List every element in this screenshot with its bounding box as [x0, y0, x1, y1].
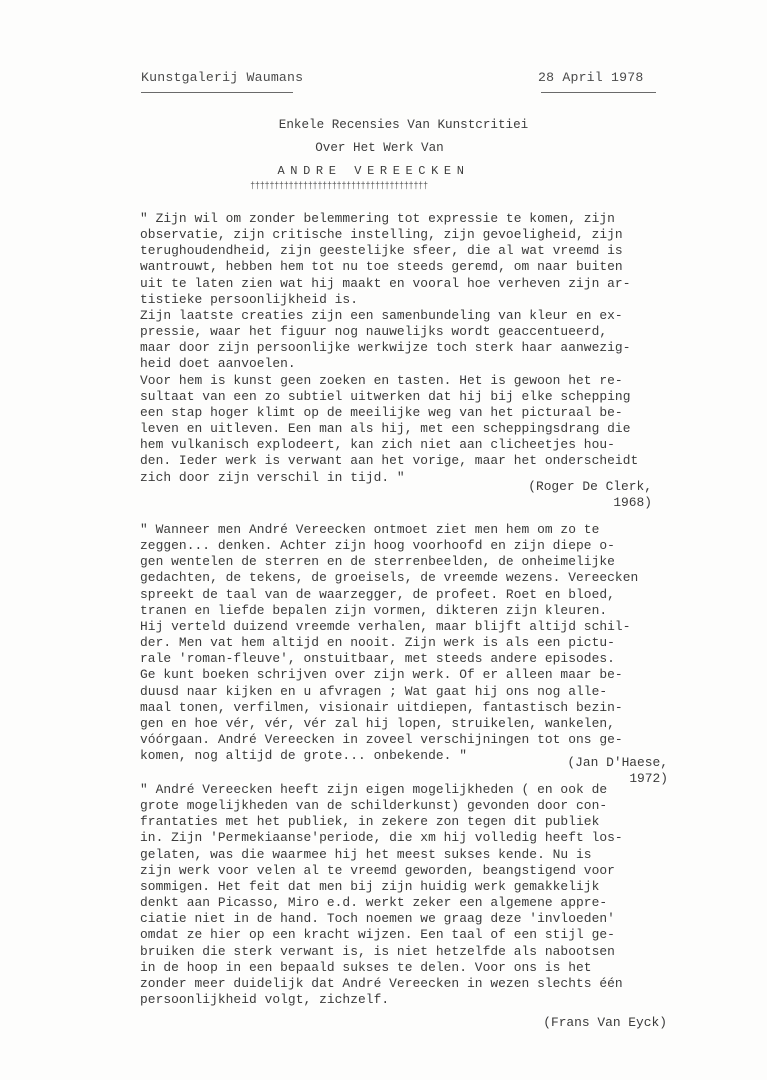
document-subtitle: Over Het Werk Van — [0, 141, 763, 155]
document-title: Enkele Recensies Van Kunstcritiei — [20, 118, 767, 132]
ornament-divider: ††††††††††††††††††††††††††††††††††††† — [250, 181, 550, 191]
gallery-underline — [141, 92, 293, 93]
review-text-1: " Zijn wil om zonder belemmering tot exp… — [140, 211, 720, 486]
gallery-name: Kunstgalerij Waumans — [141, 70, 303, 85]
review-attribution-3: (Frans Van Eyck) — [543, 1015, 667, 1031]
review-text-3: " André Vereecken heeft zijn eigen mogel… — [140, 782, 720, 1008]
artist-name: ANDRE VEREECKEN — [0, 164, 757, 178]
document-date: 28 April 1978 — [538, 70, 643, 85]
document-page: Kunstgalerij Waumans 28 April 1978 Enkel… — [0, 0, 767, 1080]
date-underline — [541, 92, 656, 93]
review-text-2: " Wanneer men André Vereecken ontmoet zi… — [140, 522, 720, 764]
review-attribution-1: (Roger De Clerk, 1968) — [528, 479, 652, 511]
